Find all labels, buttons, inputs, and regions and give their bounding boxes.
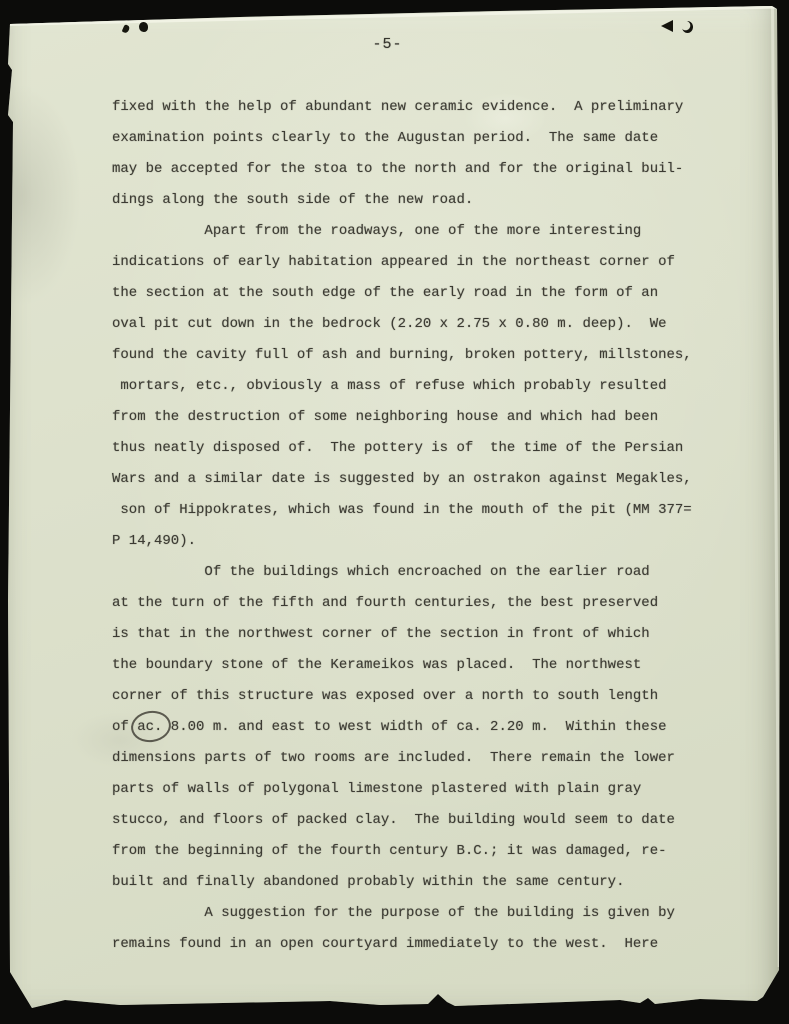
paper-edge-highlight [771, 7, 781, 967]
page-number: -5- [0, 36, 775, 53]
text-line: examination points clearly to the August… [112, 123, 752, 154]
typewritten-text: fixed with the help of abundant new cera… [112, 92, 752, 960]
text-line: thus neatly disposed of. The pottery is … [112, 433, 752, 464]
folded-corner [8, 966, 34, 1010]
text-line: built and finally abandoned probably wit… [112, 867, 752, 898]
text-line: son of Hippokrates, which was found in t… [112, 495, 752, 526]
text-line: mortars, etc., obviously a mass of refus… [112, 371, 752, 402]
text-line: fixed with the help of abundant new cera… [112, 92, 752, 123]
text-line: parts of walls of polygonal limestone pl… [112, 774, 752, 805]
text-line: from the beginning of the fourth century… [112, 836, 752, 867]
text-line: oval pit cut down in the bedrock (2.20 x… [112, 309, 752, 340]
triangle-mark-icon [661, 20, 673, 32]
text-line: corner of this structure was exposed ove… [112, 681, 752, 712]
text-line: of ac. 8.00 m. and east to west width of… [112, 712, 752, 743]
text-line: remains found in an open courtyard immed… [112, 929, 752, 960]
text-line: the section at the south edge of the ear… [112, 278, 752, 309]
text-line: dings along the south side of the new ro… [112, 185, 752, 216]
text-line: Apart from the roadways, one of the more… [112, 216, 752, 247]
text-line: Wars and a similar date is suggested by … [112, 464, 752, 495]
text-line: dimensions parts of two rooms are includ… [112, 743, 752, 774]
ink-dot-icon [122, 24, 131, 34]
text-line: may be accepted for the stoa to the nort… [112, 154, 752, 185]
text-line: Of the buildings which encroached on the… [112, 557, 752, 588]
text-line: at the turn of the fifth and fourth cent… [112, 588, 752, 619]
text-line: A suggestion for the purpose of the buil… [112, 898, 752, 929]
scan-background: { "page": { "number_label": "-5-", "pape… [0, 0, 789, 1024]
crescent-mark-icon [682, 21, 693, 33]
text-line: is that in the northwest corner of the s… [112, 619, 752, 650]
text-line: found the cavity full of ash and burning… [112, 340, 752, 371]
text-line: stucco, and floors of packed clay. The b… [112, 805, 752, 836]
text-line: the boundary stone of the Kerameikos was… [112, 650, 752, 681]
text-line: P 14,490). [112, 526, 752, 557]
document-page: -5- fixed with the help of abundant new … [0, 0, 789, 1024]
text-line: from the destruction of some neighboring… [112, 402, 752, 433]
ink-dot-icon [139, 22, 148, 32]
text-line: indications of early habitation appeared… [112, 247, 752, 278]
